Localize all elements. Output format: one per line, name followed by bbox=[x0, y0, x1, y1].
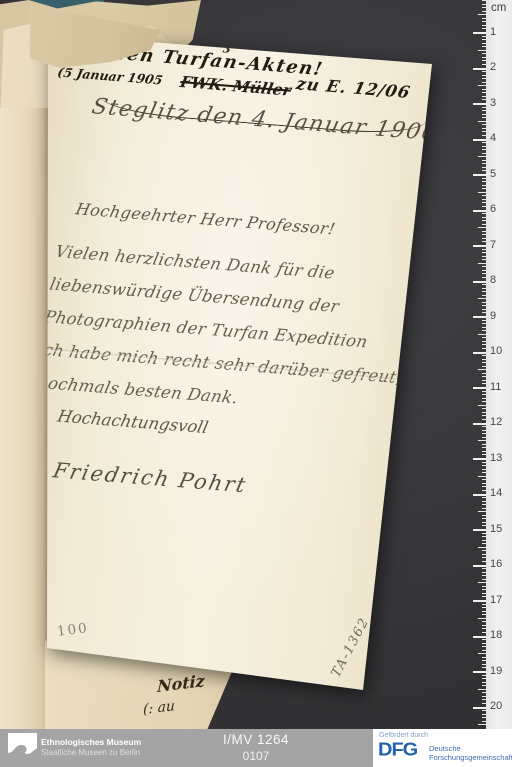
letter-body-line: liebenswürdige Übersendung der bbox=[48, 275, 341, 316]
scan-page-number: 0107 bbox=[181, 749, 331, 763]
ruler-tick bbox=[478, 547, 486, 548]
ruler-number: 13 bbox=[490, 452, 502, 464]
ruler-strip: cm 1234567891011121314151617181920 bbox=[486, 0, 512, 730]
ruler-tick bbox=[473, 352, 486, 354]
ruler-tick bbox=[473, 387, 486, 389]
ruler-tick bbox=[478, 511, 486, 512]
letter-body-line: nochmals besten Dank. bbox=[35, 373, 240, 408]
ruler-number: 11 bbox=[490, 381, 501, 393]
under-sheet-text: (: au bbox=[143, 698, 175, 718]
museum-subtitle: Staatliche Museen zu Berlin bbox=[41, 748, 141, 758]
ruler-number: 16 bbox=[490, 558, 502, 570]
ruler-tick bbox=[473, 565, 486, 567]
funder-name-line1: Deutsche bbox=[429, 744, 512, 753]
folder-edge-left bbox=[0, 108, 49, 730]
ruler-tick bbox=[473, 529, 486, 531]
ruler-number: 17 bbox=[490, 594, 502, 606]
ruler-tick bbox=[478, 334, 486, 335]
ruler-number: 20 bbox=[490, 700, 502, 712]
ruler-tick bbox=[478, 476, 486, 477]
ruler-number: 18 bbox=[490, 629, 502, 641]
ruler-tick bbox=[478, 227, 486, 228]
ruler-tick bbox=[473, 707, 486, 709]
scan-viewer: Notiz (: au Zu den Turfan-Akten! 3 (5 Ja… bbox=[0, 0, 512, 767]
funder-name: Deutsche Forschungsgemeinschaft bbox=[429, 744, 512, 762]
dfg-logo: DFG bbox=[378, 740, 417, 761]
funding-label: Gefördert durch bbox=[379, 732, 428, 739]
ruler-tick bbox=[473, 32, 486, 34]
ruler-tick bbox=[478, 405, 486, 406]
ruler-tick bbox=[478, 156, 486, 157]
ruler-number: 19 bbox=[490, 665, 502, 677]
letter-signature: Friedrich Pohrt bbox=[51, 458, 249, 497]
funder-name-line2: Forschungsgemeinschaft bbox=[429, 753, 512, 762]
footer-id-section: I/MV 1264 0107 bbox=[181, 732, 331, 763]
item-id: I/MV 1264 bbox=[181, 732, 331, 747]
ruler-number: 1 bbox=[490, 26, 496, 38]
letter-sheet-wrapper: Zu den Turfan-Akten! 3 (5 Januar 1905 FW… bbox=[47, 34, 433, 692]
ruler-tick bbox=[473, 600, 486, 602]
ruler-tick bbox=[478, 121, 486, 122]
ruler-tick bbox=[473, 494, 486, 496]
ruler-tick bbox=[473, 139, 486, 141]
ruler-tick bbox=[478, 263, 486, 264]
ruler-number: 14 bbox=[490, 487, 502, 499]
ruler-number: 4 bbox=[490, 132, 496, 144]
ruler-tick bbox=[478, 724, 486, 725]
ruler-tick bbox=[478, 85, 486, 86]
ruler-unit-label: cm bbox=[491, 2, 506, 14]
ruler-tick bbox=[473, 458, 486, 460]
ruler-tick bbox=[473, 636, 486, 638]
ruler-number: 2 bbox=[490, 61, 496, 73]
ruler-tick bbox=[478, 298, 486, 299]
ruler-tick bbox=[473, 245, 486, 247]
ruler-tick bbox=[478, 689, 486, 690]
ruler-tick bbox=[478, 618, 486, 619]
ruler-number: 9 bbox=[490, 310, 496, 322]
letter-closing: Hochachtungsvoll bbox=[56, 407, 210, 438]
ruler-tick bbox=[473, 316, 486, 318]
ruler-number: 12 bbox=[490, 416, 502, 428]
ruler-number: 5 bbox=[490, 168, 496, 180]
ruler-tick bbox=[473, 103, 486, 105]
letter-body-line: Vielen herzlichsten Dank für die bbox=[54, 242, 337, 283]
ruler-tick bbox=[478, 653, 486, 654]
ruler-tick bbox=[473, 174, 486, 176]
ruler-number: 8 bbox=[490, 274, 496, 286]
ruler-tick bbox=[478, 440, 486, 441]
ruler-tick bbox=[478, 14, 486, 15]
ruler-tick bbox=[478, 369, 486, 370]
ruler-tick bbox=[473, 423, 486, 425]
ruler-tick bbox=[473, 210, 486, 212]
ruler-ticks bbox=[470, 0, 486, 730]
museum-wave-logo-icon bbox=[8, 733, 37, 762]
ruler-number: 7 bbox=[490, 239, 496, 251]
ruler-number: 6 bbox=[490, 203, 496, 215]
ruler-number: 10 bbox=[490, 345, 502, 357]
ruler-tick bbox=[478, 50, 486, 51]
ruler-tick bbox=[473, 671, 486, 673]
ruler-number: 3 bbox=[490, 97, 496, 109]
ruler-tick bbox=[478, 192, 486, 193]
letter-salutation: Hochgeehrter Herr Professor! bbox=[74, 199, 337, 238]
letter-sheet: Zu den Turfan-Akten! 3 (5 Januar 1905 FW… bbox=[47, 34, 433, 692]
ruler-number: 15 bbox=[490, 523, 502, 535]
ruler-tick bbox=[473, 68, 486, 70]
footer-funding-section: Gefördert durch DFG Deutsche Forschungsg… bbox=[373, 729, 512, 767]
museum-name: Ethnologisches Museum bbox=[41, 737, 141, 748]
footer-bar: Ethnologisches Museum Staatliche Museen … bbox=[0, 729, 512, 767]
ruler-tick bbox=[478, 582, 486, 583]
ruler-tick bbox=[473, 281, 486, 283]
